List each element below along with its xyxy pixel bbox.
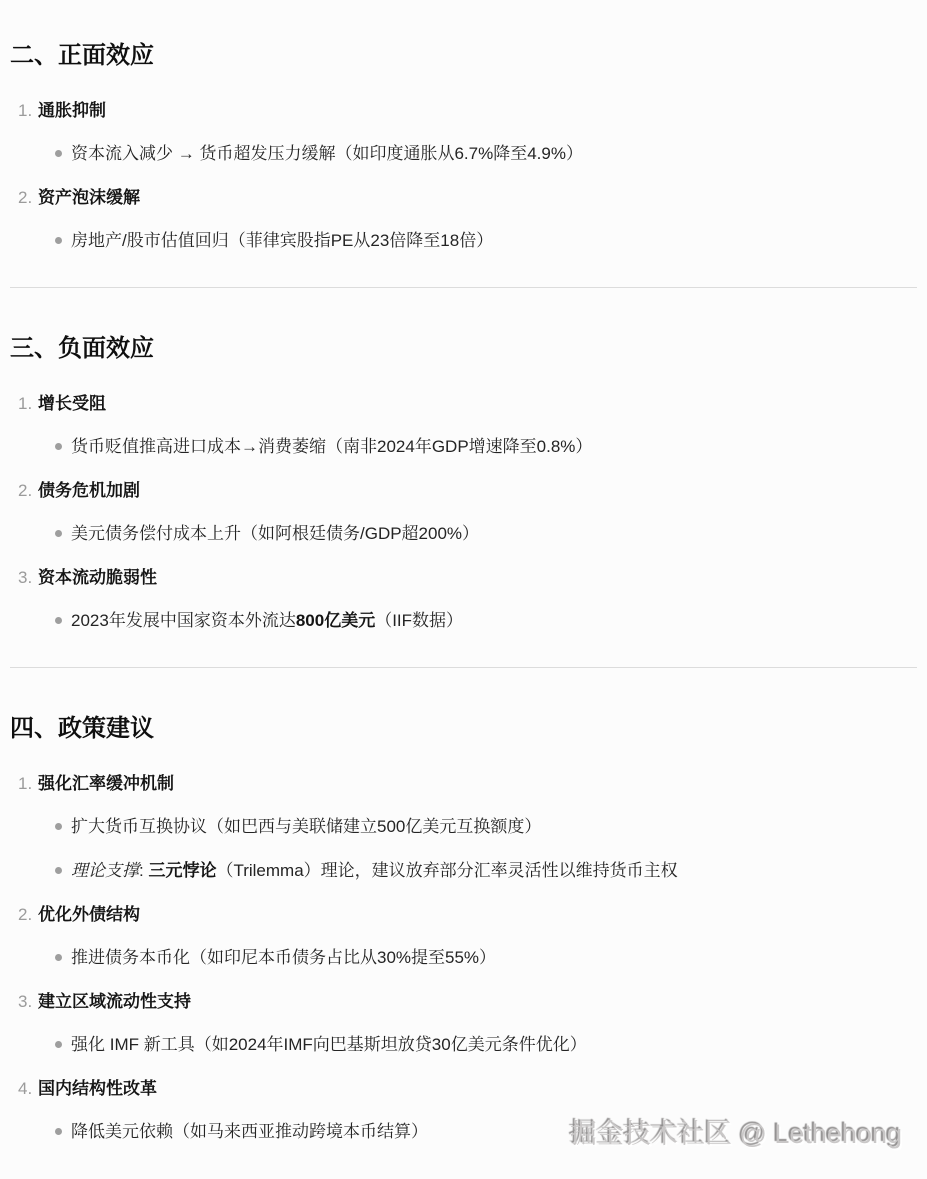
list-item-title: 增长受阻 [38,394,106,413]
section: 四、政策建议1.强化汇率缓冲机制扩大货币互换协议（如巴西与美联储建立500亿美元… [10,714,917,1142]
bullet-icon [55,443,62,450]
list-item-number: 4. [18,1078,38,1099]
list-item-number: 2. [18,187,38,208]
text-segment: 扩大货币互换协议（如巴西与美联储建立500亿美元互换额度） [71,817,541,836]
bullet-list: 扩大货币互换协议（如巴西与美联储建立500亿美元互换额度）理论支撑: 三元悖论（… [10,816,917,881]
bullet-text: 推进债务本币化（如印尼本币债务占比从30%提至55%） [71,947,496,968]
bullet-icon [55,823,62,830]
list-item-title: 强化汇率缓冲机制 [38,774,174,793]
list-item: 1.增长受阻货币贬值推高进口成本→消费萎缩（南非2024年GDP增速降至0.8%… [10,393,917,457]
list-item-head: 4.国内结构性改革 [10,1078,917,1099]
text-segment: （IIF数据） [375,611,463,630]
bullet-icon [55,237,62,244]
bullet-text: 扩大货币互换协议（如巴西与美联储建立500亿美元互换额度） [71,816,541,837]
bullet-list: 降低美元依赖（如马来西亚推动跨境本币结算） [10,1121,917,1142]
bullet-text: 降低美元依赖（如马来西亚推动跨境本币结算） [71,1121,428,1142]
bullet-icon [55,617,62,624]
list-item-number: 3. [18,567,38,588]
text-segment: 三元悖论 [148,861,216,880]
list-item-head: 2.债务危机加剧 [10,480,917,501]
numbered-list: 1.强化汇率缓冲机制扩大货币互换协议（如巴西与美联储建立500亿美元互换额度）理… [10,773,917,1142]
text-segment: 推进债务本币化（如印尼本币债务占比从30%提至55%） [71,948,496,967]
text-segment: 资本流入减少 → 货币超发压力缓解（如印度通胀从6.7%降至4.9%） [71,144,583,163]
list-item-number: 2. [18,480,38,501]
bullet-item: 资本流入减少 → 货币超发压力缓解（如印度通胀从6.7%降至4.9%） [10,143,917,164]
text-segment: 800亿美元 [296,611,375,630]
bullet-icon [55,1041,62,1048]
bullet-list: 强化 IMF 新工具（如2024年IMF向巴基斯坦放贷30亿美元条件优化） [10,1034,917,1055]
bullet-text: 房地产/股市估值回归（菲律宾股指PE从23倍降至18倍） [71,230,493,251]
section-heading: 三、负面效应 [10,334,917,363]
list-item-head: 1.增长受阻 [10,393,917,414]
bullet-item: 货币贬值推高进口成本→消费萎缩（南非2024年GDP增速降至0.8%） [10,436,917,457]
list-item: 1.强化汇率缓冲机制扩大货币互换协议（如巴西与美联储建立500亿美元互换额度）理… [10,773,917,881]
bullet-list: 推进债务本币化（如印尼本币债务占比从30%提至55%） [10,947,917,968]
document-body: 二、正面效应1.通胀抑制资本流入减少 → 货币超发压力缓解（如印度通胀从6.7%… [0,0,927,1142]
text-segment: 理论支撑 [71,861,139,880]
text-segment: 货币贬值推高进口成本→消费萎缩（南非2024年GDP增速降至0.8%） [71,437,592,456]
bullet-item: 理论支撑: 三元悖论（Trilemma）理论，建议放弃部分汇率灵活性以维持货币主… [10,860,917,881]
list-item-title: 建立区域流动性支持 [38,992,191,1011]
list-item: 3.建立区域流动性支持强化 IMF 新工具（如2024年IMF向巴基斯坦放贷30… [10,991,917,1055]
list-item-head: 2.优化外债结构 [10,904,917,925]
list-item-number: 1. [18,773,38,794]
section-divider [10,287,917,288]
list-item-head: 1.强化汇率缓冲机制 [10,773,917,794]
text-segment: 强化 IMF 新工具（如2024年IMF向巴基斯坦放贷30亿美元条件优化） [71,1035,587,1054]
list-item-title: 资本流动脆弱性 [38,568,157,587]
list-item-title: 资产泡沫缓解 [38,188,140,207]
bullet-item: 房地产/股市估值回归（菲律宾股指PE从23倍降至18倍） [10,230,917,251]
bullet-item: 扩大货币互换协议（如巴西与美联储建立500亿美元互换额度） [10,816,917,837]
list-item-title: 债务危机加剧 [38,481,140,500]
bullet-text: 强化 IMF 新工具（如2024年IMF向巴基斯坦放贷30亿美元条件优化） [71,1034,587,1055]
bullet-text: 理论支撑: 三元悖论（Trilemma）理论，建议放弃部分汇率灵活性以维持货币主… [71,860,678,881]
list-item: 2.资产泡沫缓解房地产/股市估值回归（菲律宾股指PE从23倍降至18倍） [10,187,917,251]
bullet-text: 美元债务偿付成本上升（如阿根廷债务/GDP超200%） [71,523,479,544]
list-item: 2.优化外债结构推进债务本币化（如印尼本币债务占比从30%提至55%） [10,904,917,968]
bullet-list: 资本流入减少 → 货币超发压力缓解（如印度通胀从6.7%降至4.9%） [10,143,917,164]
list-item-title: 优化外债结构 [38,905,140,924]
list-item-head: 1.通胀抑制 [10,100,917,121]
bullet-item: 降低美元依赖（如马来西亚推动跨境本币结算） [10,1121,917,1142]
list-item-number: 3. [18,991,38,1012]
bullet-icon [55,1128,62,1135]
bullet-item: 2023年发展中国家资本外流达800亿美元（IIF数据） [10,610,917,631]
bullet-item: 强化 IMF 新工具（如2024年IMF向巴基斯坦放贷30亿美元条件优化） [10,1034,917,1055]
bullet-icon [55,150,62,157]
bullet-text: 2023年发展中国家资本外流达800亿美元（IIF数据） [71,610,463,631]
list-item: 3.资本流动脆弱性2023年发展中国家资本外流达800亿美元（IIF数据） [10,567,917,631]
section: 三、负面效应1.增长受阻货币贬值推高进口成本→消费萎缩（南非2024年GDP增速… [10,334,917,631]
bullet-list: 美元债务偿付成本上升（如阿根廷债务/GDP超200%） [10,523,917,544]
list-item: 4.国内结构性改革降低美元依赖（如马来西亚推动跨境本币结算） [10,1078,917,1142]
text-segment: 降低美元依赖（如马来西亚推动跨境本币结算） [71,1122,428,1141]
list-item-head: 3.建立区域流动性支持 [10,991,917,1012]
list-item-head: 3.资本流动脆弱性 [10,567,917,588]
bullet-text: 货币贬值推高进口成本→消费萎缩（南非2024年GDP增速降至0.8%） [71,436,592,457]
section-divider [10,667,917,668]
section-heading: 四、政策建议 [10,714,917,743]
bullet-item: 推进债务本币化（如印尼本币债务占比从30%提至55%） [10,947,917,968]
bullet-text: 资本流入减少 → 货币超发压力缓解（如印度通胀从6.7%降至4.9%） [71,143,583,164]
bullet-item: 美元债务偿付成本上升（如阿根廷债务/GDP超200%） [10,523,917,544]
bullet-icon [55,954,62,961]
section: 二、正面效应1.通胀抑制资本流入减少 → 货币超发压力缓解（如印度通胀从6.7%… [10,41,917,251]
list-item-title: 国内结构性改革 [38,1079,157,1098]
numbered-list: 1.增长受阻货币贬值推高进口成本→消费萎缩（南非2024年GDP增速降至0.8%… [10,393,917,631]
text-segment: 2023年发展中国家资本外流达 [71,611,296,630]
text-segment: （Trilemma）理论，建议放弃部分汇率灵活性以维持货币主权 [216,861,677,880]
list-item: 1.通胀抑制资本流入减少 → 货币超发压力缓解（如印度通胀从6.7%降至4.9%… [10,100,917,164]
list-item-number: 1. [18,100,38,121]
text-segment: 房地产/股市估值回归（菲律宾股指PE从23倍降至18倍） [71,231,493,250]
list-item-head: 2.资产泡沫缓解 [10,187,917,208]
list-item-number: 2. [18,904,38,925]
bullet-icon [55,867,62,874]
bullet-list: 2023年发展中国家资本外流达800亿美元（IIF数据） [10,610,917,631]
bullet-list: 货币贬值推高进口成本→消费萎缩（南非2024年GDP增速降至0.8%） [10,436,917,457]
bullet-icon [55,530,62,537]
list-item: 2.债务危机加剧美元债务偿付成本上升（如阿根廷债务/GDP超200%） [10,480,917,544]
text-segment: 美元债务偿付成本上升（如阿根廷债务/GDP超200%） [71,524,479,543]
section-heading: 二、正面效应 [10,41,917,70]
list-item-number: 1. [18,393,38,414]
numbered-list: 1.通胀抑制资本流入减少 → 货币超发压力缓解（如印度通胀从6.7%降至4.9%… [10,100,917,251]
bullet-list: 房地产/股市估值回归（菲律宾股指PE从23倍降至18倍） [10,230,917,251]
list-item-title: 通胀抑制 [38,101,106,120]
